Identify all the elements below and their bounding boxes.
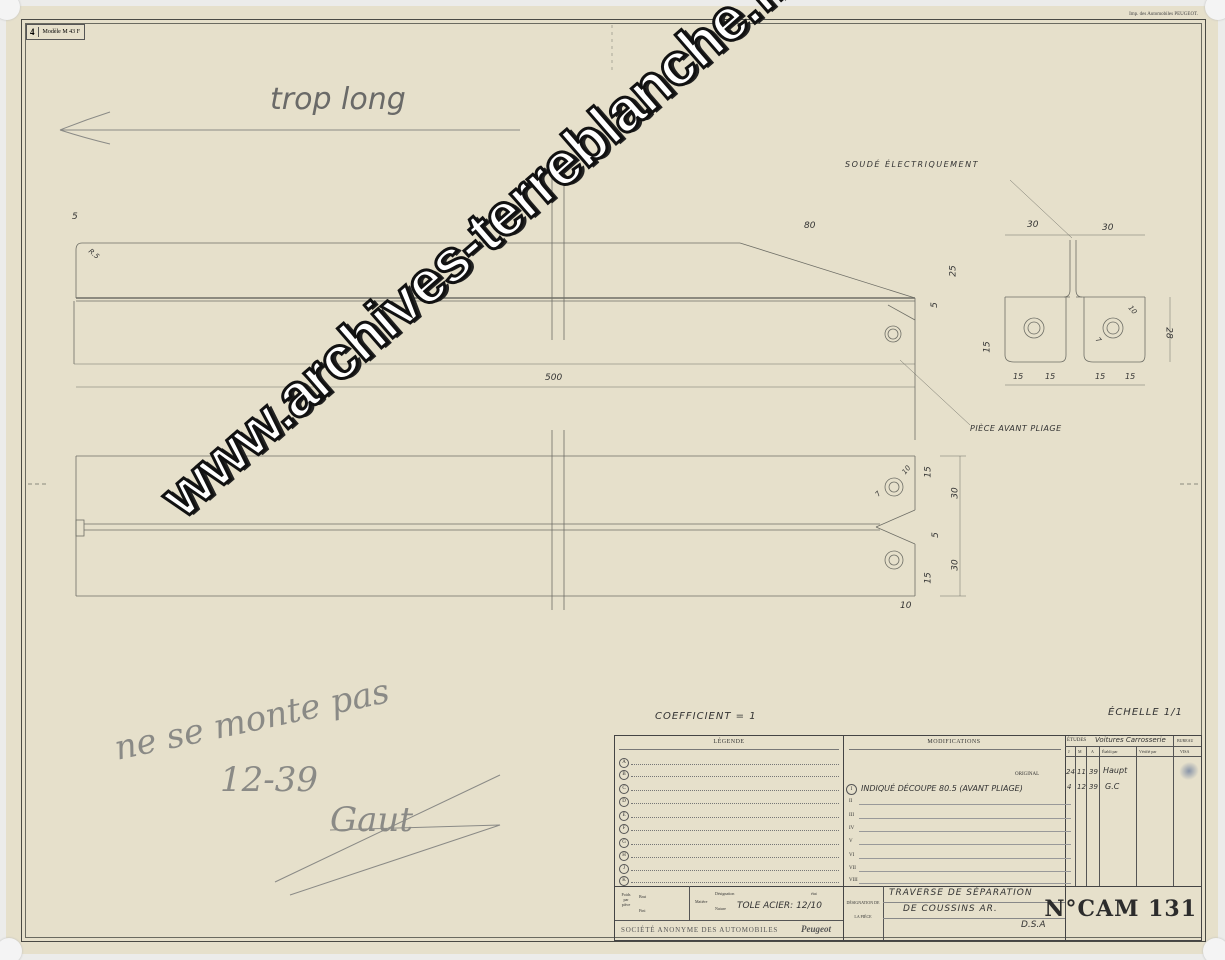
- visa-stamp: [1176, 759, 1202, 784]
- dim-15-a: 15: [924, 466, 934, 477]
- detail-dim-15-vertical: 15: [983, 341, 993, 352]
- pencil-date: 12-39: [220, 760, 318, 800]
- original-established-by: Haupt: [1103, 766, 1127, 775]
- legend-letter-k: K: [619, 876, 629, 886]
- label-welded: SOUDÉ ÉLECTRIQUEMENT: [845, 160, 979, 169]
- piece-name-line2: DE COUSSINS AR.: [903, 904, 998, 914]
- designation-label-cell: DÉSIGNATION DE LA PIÈCE: [843, 886, 884, 940]
- piece-code: D.S.A: [1021, 920, 1046, 930]
- etudes-header: ÉTUDES: [1067, 738, 1086, 743]
- dim-15-b: 15: [924, 572, 934, 583]
- material-section: Poids par pièce Brut Fini Matière Désign…: [615, 886, 843, 921]
- gross-label: Brut: [639, 894, 646, 899]
- original-label: ORIGINAL: [1015, 772, 1039, 777]
- original-year: 39: [1089, 768, 1098, 776]
- mod1-established-by: G.C: [1105, 782, 1119, 791]
- legend-letter-b: B: [619, 770, 629, 780]
- col-etabli: Établi par: [1102, 749, 1118, 754]
- modification-8-roman: VIII: [849, 878, 858, 883]
- legend-letter-f: F: [619, 824, 629, 834]
- mod1-day: 4: [1067, 783, 1071, 791]
- weight-label: Poids par pièce: [619, 892, 633, 907]
- state-label: état: [811, 891, 817, 896]
- dim-80: 80: [804, 221, 815, 231]
- modification-6-roman: VI: [849, 853, 854, 858]
- modification-5-roman: V: [849, 839, 853, 844]
- dim-5-top: 5: [72, 212, 78, 222]
- scale-label: ÉCHELLE 1/1: [1108, 707, 1183, 718]
- designation-small-label: Désignation: [715, 891, 734, 896]
- legend-letter-h: H: [619, 851, 629, 861]
- piece-name-line1: TRAVERSE DE SÉPARATION: [889, 888, 1033, 898]
- detail-dim-30-right: 30: [1102, 223, 1113, 233]
- bureau-header: BUREAU: [1177, 738, 1193, 743]
- modification-2-roman: II: [849, 799, 852, 804]
- etudes-grid: ÉTUDES Voitures Carrosserie BUREAU J M A…: [1065, 736, 1201, 886]
- col-visa: VISA: [1180, 749, 1189, 754]
- dim-25: 25: [949, 265, 959, 276]
- col-verifie: Vérifié par: [1139, 749, 1156, 754]
- col-m: M: [1078, 749, 1082, 754]
- company-name: SOCIÉTÉ ANONYME DES AUTOMOBILES: [621, 926, 778, 934]
- mod1-month: 12: [1077, 783, 1086, 791]
- dim-5-side: 5: [930, 302, 940, 308]
- mod1-year: 39: [1089, 783, 1098, 791]
- dim-10-bottom: 10: [900, 601, 911, 611]
- label-before-bend: PIÈCE AVANT PLIAGE: [970, 424, 1062, 433]
- legend-letter-j: J: [619, 864, 629, 874]
- col-a: A: [1091, 749, 1094, 754]
- original-month: 11: [1077, 768, 1086, 776]
- legend-letter-c: C: [619, 784, 629, 794]
- detail-dim-15-3: 15: [1095, 372, 1105, 381]
- detail-dim-15-1: 15: [1013, 372, 1023, 381]
- legend-header: LÉGENDE: [615, 739, 843, 745]
- material-value: TOLE ACIER: 12/10: [737, 901, 822, 911]
- title-block: LÉGENDE A B C D E F G H J K MODIFICATION…: [614, 735, 1202, 941]
- legend-letter-e: E: [619, 811, 629, 821]
- modification-3-roman: III: [849, 813, 854, 818]
- legend-letter-g: G: [619, 838, 629, 848]
- modifications-header: MODIFICATIONS: [843, 739, 1065, 745]
- legend-letter-a: A: [619, 758, 629, 768]
- piece-designation-label: DÉSIGNATION DE LA PIÈCE: [845, 896, 881, 924]
- dim-500: 500: [545, 373, 562, 383]
- dim-5-mid: 5: [931, 532, 941, 538]
- legend-letter-d: D: [619, 797, 629, 807]
- etudes-handwritten: Voitures Carrosserie: [1095, 736, 1166, 744]
- coefficient-label: COEFFICIENT = 1: [655, 711, 757, 722]
- handwritten-note-trop-long: trop long: [270, 82, 406, 117]
- detail-dim-28: 28: [1164, 327, 1174, 338]
- dim-30-a: 30: [951, 487, 961, 498]
- detail-dim-30-left: 30: [1027, 220, 1038, 230]
- original-day: 24: [1066, 768, 1075, 776]
- material-label: Matière: [695, 899, 707, 904]
- nature-label: Nature: [715, 906, 726, 911]
- finished-label: Fini: [639, 908, 645, 913]
- detail-dim-15-4: 15: [1125, 372, 1135, 381]
- drawing-number: N°CAM 131: [1044, 896, 1197, 922]
- pencil-signature: Gaut: [330, 800, 413, 840]
- col-j: J: [1068, 749, 1070, 754]
- dim-30-b: 30: [951, 559, 961, 570]
- modification-4-roman: IV: [849, 826, 854, 831]
- modification-1-roman: I: [846, 784, 857, 795]
- modification-7-roman: VII: [849, 866, 856, 871]
- modification-1-text: INDIQUÉ DÉCOUPE 80.5 (AVANT PLIAGE): [861, 784, 1023, 793]
- peugeot-brand: Peugeot: [801, 924, 831, 934]
- detail-dim-15-2: 15: [1045, 372, 1055, 381]
